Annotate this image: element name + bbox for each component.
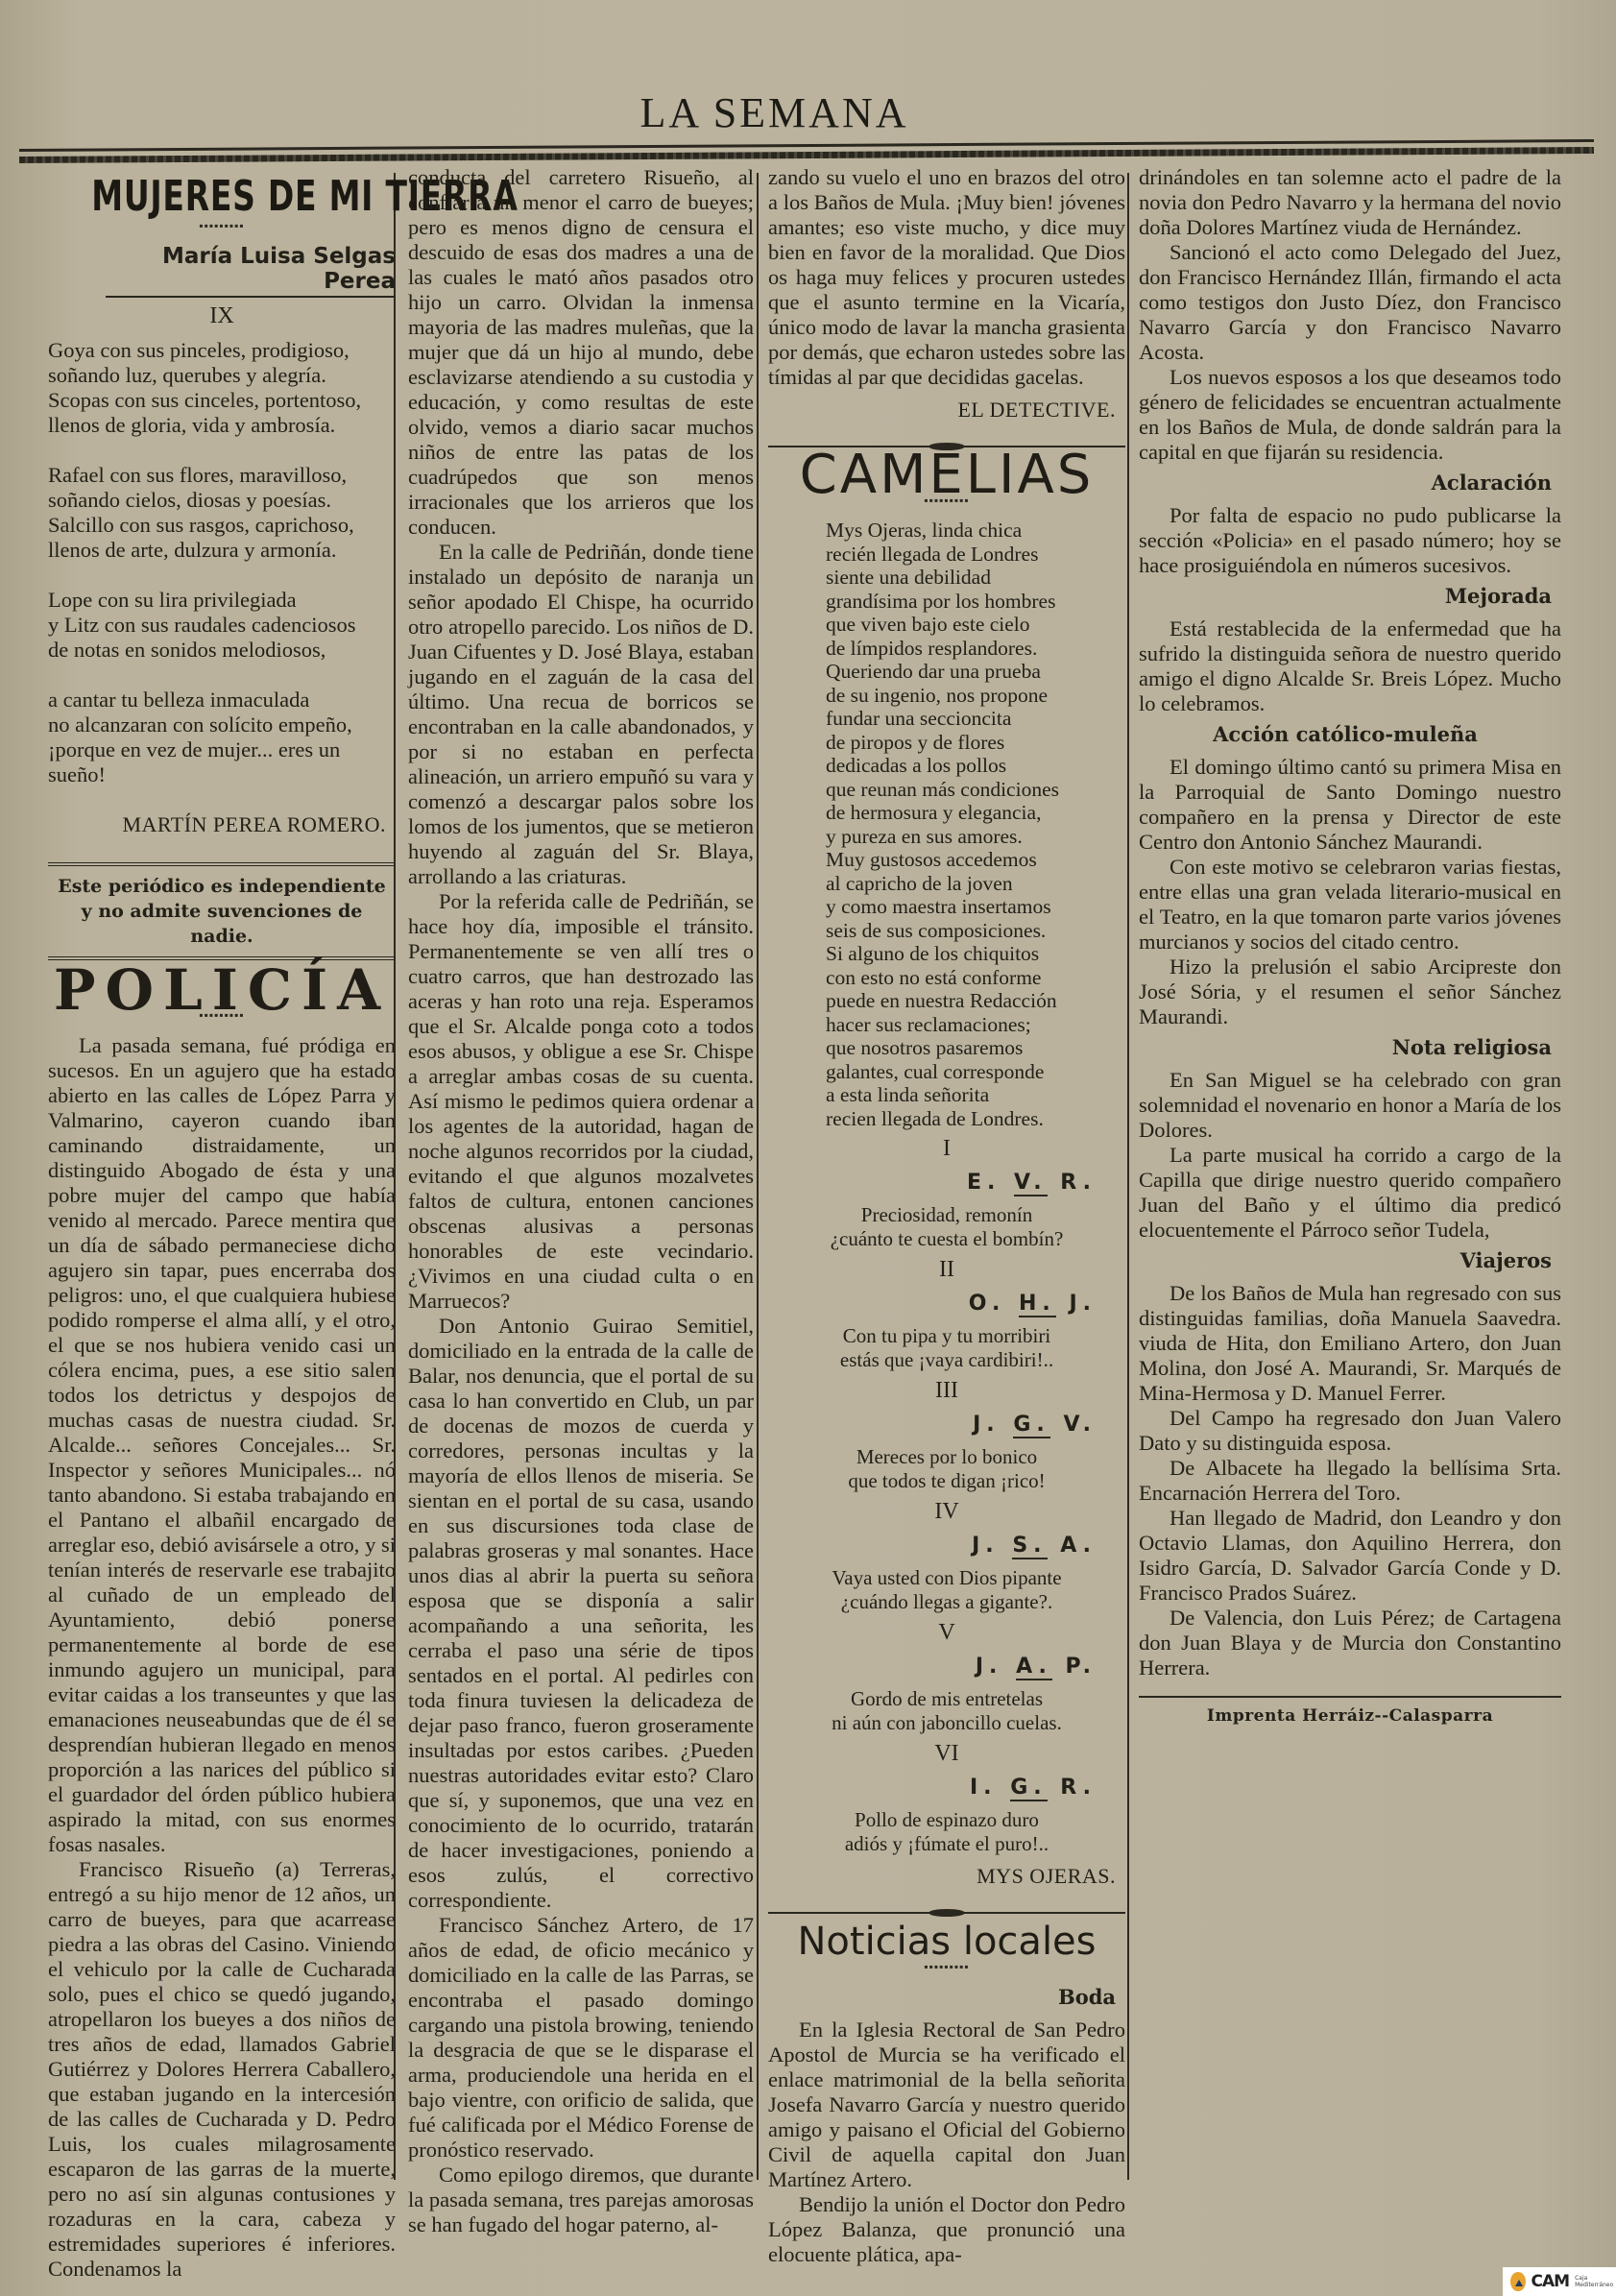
verse-line: seis de sus composiciones. xyxy=(826,919,1125,943)
couplet-line: ni aún con jaboncillo cuelas. xyxy=(768,1711,1125,1735)
column-2: conducta del carretero Risueño, al confi… xyxy=(408,165,754,2237)
article-paragraph: Del Campo ha regresado don Juan Valero D… xyxy=(1139,1406,1561,1456)
initial-letter: E. xyxy=(967,1171,1001,1195)
poem-line: Lope con su lira privilegiada xyxy=(48,588,396,613)
article-paragraph: Bendijo la unión el Doctor don Pedro Lóp… xyxy=(768,2192,1125,2267)
cam-logo-icon xyxy=(1510,2272,1526,2291)
verse-line: al capricho de la joven xyxy=(826,872,1125,896)
camelias-section-title: CAMELIAS xyxy=(768,463,1125,488)
local-news-sections: AclaraciónPor falta de espacio no pudo p… xyxy=(1139,471,1561,1680)
poem-line: Rafael con sus flores, maravilloso, xyxy=(48,463,396,488)
entry-couplet: Gordo de mis entretelasni aún con jabonc… xyxy=(768,1687,1125,1735)
independence-notice: Este periódico es independiente y no adm… xyxy=(48,862,396,960)
article-paragraph: El domingo último cantó su primera Misa … xyxy=(1139,755,1561,855)
couplet-line: Con tu pipa y tu morribiri xyxy=(768,1324,1125,1348)
poem-stanza: a cantar tu belleza inmaculadano alcanza… xyxy=(48,688,396,787)
poem-line: no alcanzaran con solícito empeño, xyxy=(48,713,396,737)
poem-section-title: MUJERES DE MI TIERRA xyxy=(91,184,352,209)
couplet-line: Mereces por lo bonico xyxy=(768,1445,1125,1469)
initial-letter: H. xyxy=(1019,1292,1056,1317)
article-paragraph: La pasada semana, fué pródiga en sucesos… xyxy=(48,1033,396,1857)
couplet-line: ¿cuándo llegas a gigante?. xyxy=(768,1590,1125,1614)
section-heading: Viajeros xyxy=(1139,1248,1561,1273)
initial-letter: V. xyxy=(1014,1171,1048,1196)
article-paragraph: De los Baños de Mula han regresado con s… xyxy=(1139,1281,1561,1406)
article-paragraph: En San Miguel se ha celebrado con gran s… xyxy=(1139,1068,1561,1143)
poem-body: Goya con sus pinceles, prodigioso,soñand… xyxy=(48,338,396,787)
article-paragraph: Por falta de espacio no pudo publicarse … xyxy=(1139,503,1561,578)
poem-line: llenos de arte, dulzura y armonía. xyxy=(48,538,396,563)
verse-line: siente una debilidad xyxy=(826,566,1125,590)
verse-line: de límpidos resplandores. xyxy=(826,637,1125,661)
couplet-line: que todos te digan ¡rico! xyxy=(768,1469,1125,1493)
policia-section-title: POLICÍA xyxy=(48,978,396,1003)
printer-imprint: Imprenta Herráiz--Calasparra xyxy=(1139,1696,1561,1728)
entry-initials: J. A. P. xyxy=(768,1655,1125,1680)
ornamental-divider xyxy=(768,1906,1125,1920)
initial-letter: G. xyxy=(1013,1413,1049,1438)
column-4: drinándoles en tan solemne acto el padre… xyxy=(1139,165,1561,1728)
entry-initials: I. G. R. xyxy=(768,1776,1125,1801)
couplet-line: adiós y ¡fúmate el puro!.. xyxy=(768,1832,1125,1856)
verse-line: que nosotros pasaremos xyxy=(826,1036,1125,1060)
camelias-entries: IE. V. R.Preciosidad, remonín¿cuánto te … xyxy=(768,1136,1125,1856)
camelias-intro: Mys Ojeras, linda chicarecién llegada de… xyxy=(768,519,1125,1130)
article-paragraph: Hizo la prelusión el sabio Arcipreste do… xyxy=(1139,955,1561,1029)
poem-stanza: Rafael con sus flores, maravilloso,soñan… xyxy=(48,463,396,563)
poem-line: a cantar tu belleza inmaculada xyxy=(48,688,396,713)
verse-line: fundar una seccioncita xyxy=(826,707,1125,731)
initial-letter: R. xyxy=(1060,1171,1097,1195)
verse-line: y pureza en sus amores. xyxy=(826,825,1125,849)
entry-number: IV xyxy=(768,1499,1125,1524)
column-divider xyxy=(1127,173,1129,2180)
verse-line: de hermosura y elegancia, xyxy=(826,801,1125,825)
couplet-line: Vaya usted con Dios pipante xyxy=(768,1566,1125,1590)
initial-letter: P. xyxy=(1066,1655,1097,1679)
poem-line: de notas en sonidos melodiosos, xyxy=(48,638,396,663)
couplet-line: Gordo de mis entretelas xyxy=(768,1687,1125,1711)
article-paragraph: Francisco Sánchez Artero, de 17 años de … xyxy=(408,1913,754,2163)
section-heading: Aclaración xyxy=(1139,471,1561,495)
initial-letter: I. xyxy=(970,1776,998,1800)
newspaper-title: LA SEMANA xyxy=(639,88,908,137)
verse-line: puede en nuestra Redacción xyxy=(826,989,1125,1013)
couplet-line: Pollo de espinazo duro xyxy=(768,1808,1125,1832)
poem-line: soñando luz, querubes y alegría. xyxy=(48,363,396,388)
verse-line: a esta linda señorita xyxy=(826,1083,1125,1107)
column-3: zando su vuelo el uno en brazos del otro… xyxy=(768,165,1125,2267)
verse-line: recien llegada de Londres. xyxy=(826,1107,1125,1131)
poem-line: Scopas con sus cinceles, portentoso, xyxy=(48,388,396,413)
article-paragraph: Don Antonio Guirao Semitiel, domiciliado… xyxy=(408,1314,754,1913)
initial-letter: R. xyxy=(1060,1776,1097,1800)
entry-number: III xyxy=(768,1378,1125,1403)
column-1: MUJERES DE MI TIERRA ▪▪▪▪▪▪▪▪▪ María Lui… xyxy=(48,165,396,2282)
article-paragraph: De Valencia, don Luis Pérez; de Cartagen… xyxy=(1139,1606,1561,1680)
verse-line: que viven bajo este cielo xyxy=(826,613,1125,637)
article-paragraph: Con este motivo se celebraron varias fie… xyxy=(1139,855,1561,955)
entry-couplet: Vaya usted con Dios pipante¿cuándo llega… xyxy=(768,1566,1125,1614)
initial-letter: G. xyxy=(1010,1776,1047,1801)
poem-number: IX xyxy=(48,303,396,328)
poem-stanza: Goya con sus pinceles, prodigioso,soñand… xyxy=(48,338,396,438)
couplet-line: ¿cuánto te cuesta el bombín? xyxy=(768,1227,1125,1251)
section-heading: Acción católico-muleña xyxy=(1139,722,1561,747)
article-signature: EL DETECTIVE. xyxy=(768,398,1116,423)
noticias-section-title: Noticias locales xyxy=(768,1929,1125,1954)
verse-line: y como maestra insertamos xyxy=(826,895,1125,919)
couplet-line: Preciosidad, remonín xyxy=(768,1203,1125,1227)
cam-logo-text: CAM xyxy=(1532,2272,1570,2291)
entry-couplet: Pollo de espinazo duroadiós y ¡fúmate el… xyxy=(768,1808,1125,1856)
entry-number: II xyxy=(768,1257,1125,1282)
verse-line: de su ingenio, nos propone xyxy=(826,684,1125,708)
notice-line: y no admite suvenciones de nadie. xyxy=(48,899,396,949)
entry-couplet: Preciosidad, remonín¿cuánto te cuesta el… xyxy=(768,1203,1125,1251)
cam-logo-subtext: Caja Mediterráneo xyxy=(1575,2275,1616,2288)
newspaper-page: LA SEMANA MUJERES DE MI TIERRA ▪▪▪▪▪▪▪▪▪… xyxy=(0,0,1616,2296)
poem-line: y Litz con sus raudales cadenciosos xyxy=(48,613,396,638)
entry-initials: O. H. J. xyxy=(768,1292,1125,1317)
poem-line: ¡porque en vez de mujer... eres un sueño… xyxy=(48,737,396,787)
ornamental-divider xyxy=(768,440,1125,453)
initial-letter: A. xyxy=(1060,1534,1097,1558)
verse-line: grandísima por los hombres xyxy=(826,590,1125,614)
section-heading: Mejorada xyxy=(1139,584,1561,609)
article-paragraph: De Albacete ha llegado la bellísima Srta… xyxy=(1139,1456,1561,1506)
verse-line: recién llegada de Londres xyxy=(826,543,1125,567)
initial-letter: J. xyxy=(1069,1292,1097,1316)
article-paragraph: En la calle de Pedriñán, donde tiene ins… xyxy=(408,540,754,889)
verse-line: galantes, cual corresponde xyxy=(826,1060,1125,1084)
notice-line: Este periódico es independiente xyxy=(48,874,396,899)
poem-line: Goya con sus pinceles, prodigioso, xyxy=(48,338,396,363)
article-paragraph: La parte musical ha corrido a cargo de l… xyxy=(1139,1143,1561,1243)
cam-watermark-logo: CAM Caja Mediterráneo xyxy=(1503,2267,1616,2296)
initial-letter: S. xyxy=(1012,1534,1047,1559)
entry-initials: J. S. A. xyxy=(768,1534,1125,1559)
poem-line: soñando cielos, diosas y poesías. xyxy=(48,488,396,513)
entry-number: V xyxy=(768,1620,1125,1645)
initial-letter: O. xyxy=(969,1292,1006,1316)
boda-heading: Boda xyxy=(768,1985,1125,2010)
initial-letter: V. xyxy=(1063,1413,1097,1437)
masthead: LA SEMANA xyxy=(0,88,1616,137)
verse-line: Queriendo dar una prueba xyxy=(826,660,1125,684)
poem-subject: María Luisa Selgas Perea xyxy=(106,244,396,298)
article-paragraph: Está restablecida de la enfermedad que h… xyxy=(1139,616,1561,716)
verse-line: Muy gustosos accedemos xyxy=(826,848,1125,872)
verse-line: dedicadas a los pollos xyxy=(826,754,1125,778)
entry-initials: J. G. V. xyxy=(768,1413,1125,1438)
poem-author: MARTÍN PEREA ROMERO. xyxy=(48,812,386,837)
article-paragraph: Los nuevos esposos a los que deseamos to… xyxy=(1139,365,1561,465)
initial-letter: J. xyxy=(973,1413,1001,1437)
article-paragraph: conducta del carretero Risueño, al confi… xyxy=(408,165,754,540)
section-heading: Nota religiosa xyxy=(1139,1035,1561,1060)
entry-initials: E. V. R. xyxy=(768,1171,1125,1196)
article-paragraph: drinándoles en tan solemne acto el padre… xyxy=(1139,165,1561,240)
poem-stanza: Lope con su lira privilegiaday Litz con … xyxy=(48,588,396,663)
article-paragraph: Como epilogo diremos, que durante la pas… xyxy=(408,2163,754,2237)
initial-letter: J. xyxy=(972,1534,1000,1558)
entry-number: VI xyxy=(768,1741,1125,1766)
poem-line: llenos de gloria, vida y ambrosía. xyxy=(48,413,396,438)
article-paragraph: Por la referida calle de Pedriñán, se ha… xyxy=(408,889,754,1314)
initial-letter: A. xyxy=(1016,1655,1052,1680)
verse-line: que reunan más condiciones xyxy=(826,778,1125,802)
camelias-signature: MYS OJERAS. xyxy=(768,1864,1116,1889)
article-paragraph: zando su vuelo el uno en brazos del otro… xyxy=(768,165,1125,390)
initial-letter: J. xyxy=(976,1655,1003,1679)
entry-couplet: Con tu pipa y tu morribiriestás que ¡vay… xyxy=(768,1324,1125,1372)
verse-line: Si alguno de los chiquitos xyxy=(826,942,1125,966)
article-paragraph: Francisco Risueño (a) Terreras, entregó … xyxy=(48,1857,396,2282)
couplet-line: estás que ¡vaya cardibiri!.. xyxy=(768,1348,1125,1372)
poem-line: Salcillo con sus rasgos, caprichoso, xyxy=(48,513,396,538)
article-paragraph: En la Iglesia Rectoral de San Pedro Apos… xyxy=(768,2018,1125,2192)
entry-number: I xyxy=(768,1136,1125,1161)
verse-line: de piropos y de flores xyxy=(826,731,1125,755)
verse-line: Mys Ojeras, linda chica xyxy=(826,519,1125,543)
article-paragraph: Han llegado de Madrid, don Leandro y don… xyxy=(1139,1506,1561,1606)
entry-couplet: Mereces por lo bonicoque todos te digan … xyxy=(768,1445,1125,1493)
column-divider xyxy=(757,173,759,2180)
verse-line: con esto no está conforme xyxy=(826,966,1125,990)
article-paragraph: Sancionó el acto como Delegado del Juez,… xyxy=(1139,240,1561,365)
verse-line: hacer sus reclamaciones; xyxy=(826,1013,1125,1037)
